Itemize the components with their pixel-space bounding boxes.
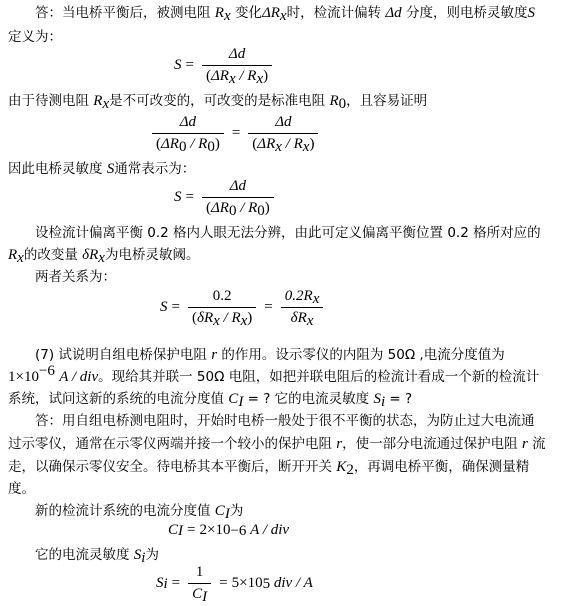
equation-current-sensitivity: Si= 1 CI = 5×105 div / A: [156, 564, 313, 603]
answer-7-line6: 它的电流灵敏度 Si为: [35, 546, 159, 564]
definition-label: 定义为：: [8, 28, 62, 46]
equation-sensitivity-definition: S= Δd (ΔRx / Rx): [174, 46, 276, 85]
paragraph-standard-resistor: 由于待测电阻 Rx是不可改变的，可改变的是标准电阻 R0，且容易证明: [8, 92, 427, 110]
paragraph-threshold: 设检流计偏离平衡 0.2 格内人眼无法分辨，由此可定义偏离平衡位置 0.2 格所…: [35, 224, 541, 242]
question-7: (7) 试说明自组电桥保护电阻 r 的作用。设示零仪的内阻为 50Ω ,电流分度…: [35, 346, 505, 364]
relation-label: 两者关系为：: [35, 268, 116, 286]
equation-current-division: CI= 2×10−6 A / div: [168, 522, 289, 539]
equation-sensitivity-usual: S= Δd (ΔR0 / R0): [174, 178, 278, 217]
answer-intro: 答：当电桥平衡后，被测电阻 Rx 变化ΔRx时，检流计偏转 Δd 分度，则电桥灵…: [35, 4, 535, 22]
answer-7-line5: 新的检流计系统的电流分度值 CI为: [35, 502, 243, 520]
answer-7-line2: 过示零仪，通常在示零仪两端并接一个较小的保护电阻 r，使一部分电流通过保护电阻 …: [8, 435, 546, 453]
paragraph-threshold-cont: Rx的改变量 δRx为电桥灵敏阈。: [8, 246, 199, 264]
question-7-cont1: 1×10−6 A / div。现给其并联一 50Ω 电阻，如把并联电阻后的检流计…: [8, 368, 539, 386]
question-7-cont2: 系统，试问这新的系统的电流分度值 CI = ? 它的电流灵敏度 Si = ?: [8, 390, 412, 408]
answer-7-line1: 答：用自组电桥测电阻时，开始时电桥一般处于很不平衡的状态，为防止过大电流通: [35, 412, 535, 430]
equation-threshold-relation: S= 0.2 (δRx / Rx) = 0.2Rx δRx: [160, 288, 327, 327]
answer-7-line4: 度。: [8, 480, 35, 498]
paragraph-usual-form: 因此电桥灵敏度 S通常表示为：: [8, 160, 195, 178]
answer-7-line3: 走，以确保示零仪安全。待电桥其本平衡后，断开开关 K2，再调电桥平衡，确保测量精: [8, 458, 529, 476]
equation-equivalence: Δd (ΔR0 / R0) = Δd (ΔRx / Rx): [148, 114, 322, 153]
